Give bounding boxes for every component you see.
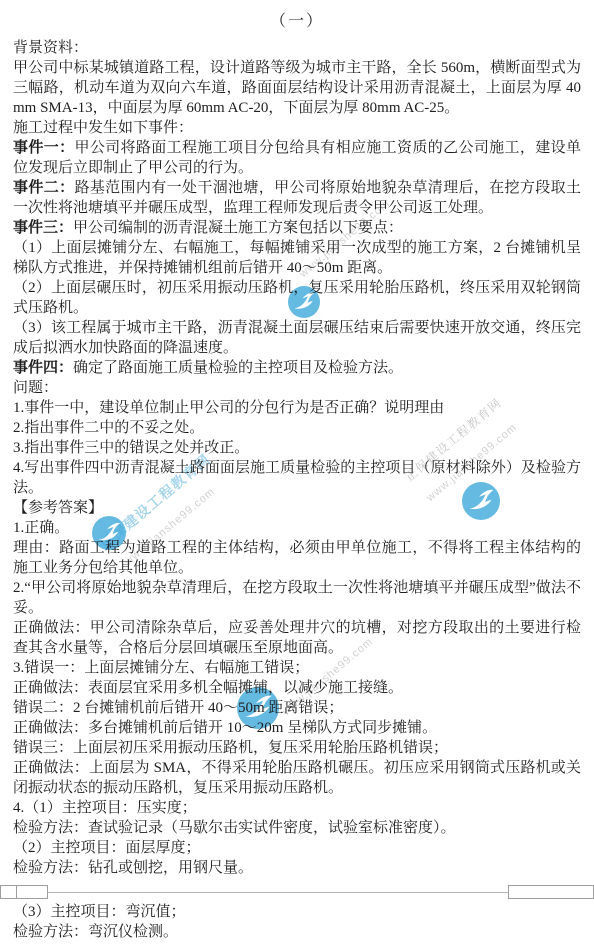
page-break — [0, 885, 594, 899]
line-text: 2.指出事件二中的不妥之处。 — [13, 420, 204, 436]
doc-line: 检验方法：弯沉仪检测。 — [13, 922, 581, 942]
line-text: 路基范围内有一处干涸池塘，甲公司将原始地貌杂草清理后，在挖方段取土一次性将池塘填… — [13, 180, 581, 216]
line-text: 4.（1）主控项目：压实度； — [13, 800, 197, 816]
doc-line: 1.事件一中，建设单位制止甲公司的分包行为是否正确？说明理由 — [13, 398, 581, 418]
doc-line: 甲公司中标某城镇道路工程，设计道路等级为城市主干路，全长 560m，横断面型式为… — [13, 58, 581, 118]
doc-line: 事件三：甲公司编制的沥青混凝土施工方案包括以下要点： — [13, 218, 581, 238]
doc-line: 施工过程中发生如下事件： — [13, 118, 581, 138]
doc-line: 4.写出事件四中沥青混凝土路面面层施工质量检验的主控项目（原材料除外）及检验方法… — [13, 458, 581, 498]
page-break-line — [0, 892, 594, 893]
line-text: 错误二：2 台摊铺机前后错开 40～50m 距离错误； — [13, 700, 343, 716]
line-text: 正确做法：多台摊铺机前后错开 10～20m 呈梯队方式同步摊铺。 — [13, 720, 437, 736]
doc-line: （3）该工程属于城市主干路，沥青混凝土面层碾压结束后需要快速开放交通，终压完成后… — [13, 318, 581, 358]
line-text: 1.正确。 — [13, 520, 69, 536]
doc-line: 正确做法：甲公司清除杂草后，应妥善处理井穴的坑槽，对挖方段取出的土要进行检查其含… — [13, 618, 581, 658]
event-label: 事件二： — [13, 180, 74, 196]
doc-line: 背景资料： — [13, 38, 581, 58]
doc-line: （2）上面层碾压时，初压采用振动压路机，复压采用轮胎压路机，终压采用双轮钢筒式压… — [13, 278, 581, 318]
doc-line: 1.正确。 — [13, 518, 581, 538]
line-text: 甲公司编制的沥青混凝土施工方案包括以下要点： — [73, 220, 403, 236]
line-text: 正确做法：甲公司清除杂草后，应妥善处理井穴的坑槽，对挖方段取出的土要进行检查其含… — [13, 620, 581, 656]
line-text: 正确做法：上面层为 SMA，不得采用轮胎压路机碾压。初压应采用钢筒式压路机或关闭… — [13, 760, 581, 796]
line-text: 检验方法：查试验记录（马歇尔击实试件密度，试验室标准密度）。 — [13, 820, 456, 836]
line-text: 正确做法：表面层宜采用多机全幅摊铺，以减少施工接缝。 — [13, 680, 403, 696]
doc-line: （3）主控项目：弯沉值； — [13, 902, 581, 922]
line-text: 背景资料： — [13, 40, 88, 56]
doc-line: 事件二：路基范围内有一处干涸池塘，甲公司将原始地貌杂草清理后，在挖方段取土一次性… — [13, 178, 581, 218]
line-text: 甲公司中标某城镇道路工程，设计道路等级为城市主干路，全长 560m，横断面型式为… — [13, 60, 581, 116]
line-text: 4.写出事件四中沥青混凝土路面面层施工质量检验的主控项目（原材料除外）及检验方法… — [13, 460, 581, 496]
page-break-left-divider — [16, 886, 17, 898]
doc-line: 事件四：确定了路面施工质量检验的主控项目及检验方法。 — [13, 358, 581, 378]
line-text: 【参考答案】 — [13, 500, 103, 516]
doc-line: 事件一：甲公司将路面工程施工项目分包给具有相应施工资质的乙公司施工，建设单位发现… — [13, 138, 581, 178]
doc-line: 正确做法：多台摊铺机前后错开 10～20m 呈梯队方式同步摊铺。 — [13, 718, 581, 738]
event-label: 事件三： — [13, 220, 73, 236]
line-text: 2.“甲公司将原始地貌杂草清理后，在挖方段取土一次性将池塘填平并碾压成型”做法不… — [13, 580, 581, 616]
line-text: 甲公司将路面工程施工项目分包给具有相应施工资质的乙公司施工，建设单位发现后立即制… — [13, 140, 581, 176]
page-title: （一） — [13, 8, 581, 31]
doc-line: （1）上面层摊铺分左、右幅施工，每幅摊铺采用一次成型的施工方案，2 台摊铺机呈梯… — [13, 238, 581, 278]
doc-line: 正确做法：上面层为 SMA，不得采用轮胎压路机碾压。初压应采用钢筒式压路机或关闭… — [13, 758, 581, 798]
line-text: 错误三：上面层初压采用振动压路机，复压采用轮胎压路机错误； — [13, 740, 448, 756]
doc-line: 错误三：上面层初压采用振动压路机，复压采用轮胎压路机错误； — [13, 738, 581, 758]
line-text: （3）主控项目：弯沉值； — [13, 904, 186, 920]
line-text: （1）上面层摊铺分左、右幅施工，每幅摊铺采用一次成型的施工方案，2 台摊铺机呈梯… — [13, 240, 581, 276]
line-text: 问题： — [13, 380, 58, 396]
doc-line: 2.指出事件二中的不妥之处。 — [13, 418, 581, 438]
doc-line: 2.“甲公司将原始地貌杂草清理后，在挖方段取土一次性将池塘填平并碾压成型”做法不… — [13, 578, 581, 618]
doc-line: （2）主控项目：面层厚度； — [13, 838, 581, 858]
line-text: 检验方法：弯沉仪检测。 — [13, 924, 178, 940]
line-text: 确定了路面施工质量检验的主控项目及检验方法。 — [73, 360, 403, 376]
line-text: 检验方法：钻孔或刨挖，用钢尺量。 — [13, 860, 253, 876]
doc-line: 理由：路面工程为道路工程的主体结构，必须由甲单位施工，不得将工程主体结构的施工业… — [13, 538, 581, 578]
line-text: 施工过程中发生如下事件： — [13, 120, 193, 136]
document-content: （一） 背景资料： 甲公司中标某城镇道路工程，设计道路等级为城市主干路，全长 5… — [0, 0, 594, 942]
line-text: （2）上面层碾压时，初压采用振动压路机，复压采用轮胎压路机，终压采用双轮钢筒式压… — [13, 280, 581, 316]
line-text: 3.指出事件三中的错误之处并改正。 — [13, 440, 249, 456]
doc-line: 检验方法：钻孔或刨挖，用钢尺量。 — [13, 858, 581, 878]
event-label: 事件一： — [13, 140, 74, 156]
page-break-left-margin-box — [0, 885, 48, 899]
page-break-right-margin-box — [508, 885, 594, 899]
line-text: （3）该工程属于城市主干路，沥青混凝土面层碾压结束后需要快速开放交通，终压完成后… — [13, 320, 581, 356]
doc-line: 正确做法：表面层宜采用多机全幅摊铺，以减少施工接缝。 — [13, 678, 581, 698]
doc-line: 3.指出事件三中的错误之处并改正。 — [13, 438, 581, 458]
doc-line: 3.错误一：上面层摊铺分左、右幅施工错误； — [13, 658, 581, 678]
doc-line: 【参考答案】 — [13, 498, 581, 518]
line-text: （2）主控项目：面层厚度； — [13, 840, 201, 856]
line-text: 3.错误一：上面层摊铺分左、右幅施工错误； — [13, 660, 309, 676]
doc-line: 检验方法：查试验记录（马歇尔击实试件密度，试验室标准密度）。 — [13, 818, 581, 838]
doc-line: 4.（1）主控项目：压实度； — [13, 798, 581, 818]
event-label: 事件四： — [13, 360, 73, 376]
doc-line: 错误二：2 台摊铺机前后错开 40～50m 距离错误； — [13, 698, 581, 718]
line-text: 1.事件一中，建设单位制止甲公司的分包行为是否正确？说明理由 — [13, 400, 444, 416]
document-page: www.jianshe99.com 正保建设工程教育网 www.jianshe9… — [0, 0, 594, 951]
doc-line: 问题： — [13, 378, 581, 398]
line-text: 理由：路面工程为道路工程的主体结构，必须由甲单位施工，不得将工程主体结构的施工业… — [13, 540, 581, 576]
